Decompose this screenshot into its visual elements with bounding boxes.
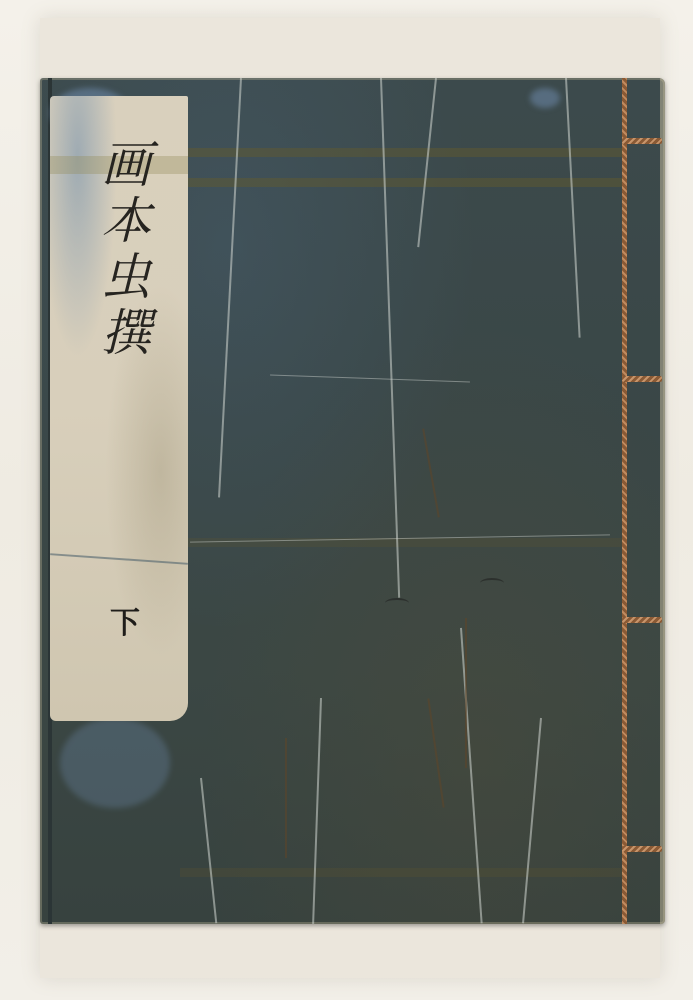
title-slip: 画本虫撰 下 <box>50 96 188 721</box>
reed-illustration <box>422 429 440 518</box>
crack <box>270 375 470 383</box>
binding-stitch <box>622 376 662 382</box>
stain <box>60 718 170 808</box>
cover-stripe <box>180 868 625 877</box>
page-edge <box>660 78 665 924</box>
crack <box>565 78 580 338</box>
crack <box>460 628 482 923</box>
reed-illustration <box>285 738 287 858</box>
cover-stripe <box>180 148 625 157</box>
binding-thread <box>622 78 627 924</box>
crack <box>200 778 217 923</box>
binding-stitch <box>622 138 662 144</box>
crack <box>417 78 436 247</box>
bird-illustration <box>480 578 504 588</box>
stain <box>530 88 560 108</box>
binding-stitch <box>622 846 662 852</box>
binding-stitch <box>622 617 662 623</box>
reed-illustration <box>427 698 444 807</box>
crack <box>522 718 541 923</box>
crack <box>218 78 241 497</box>
cover-stripe <box>180 538 625 547</box>
crack <box>312 698 321 924</box>
reed-illustration <box>465 618 467 768</box>
volume-marker: 下 <box>110 598 140 642</box>
book-title: 画本虫撰 <box>92 138 152 362</box>
cover-stripe <box>180 178 625 187</box>
book-cover: 画本虫撰 下 <box>40 78 665 924</box>
slip-crack <box>50 553 188 565</box>
bird-illustration <box>385 598 409 608</box>
